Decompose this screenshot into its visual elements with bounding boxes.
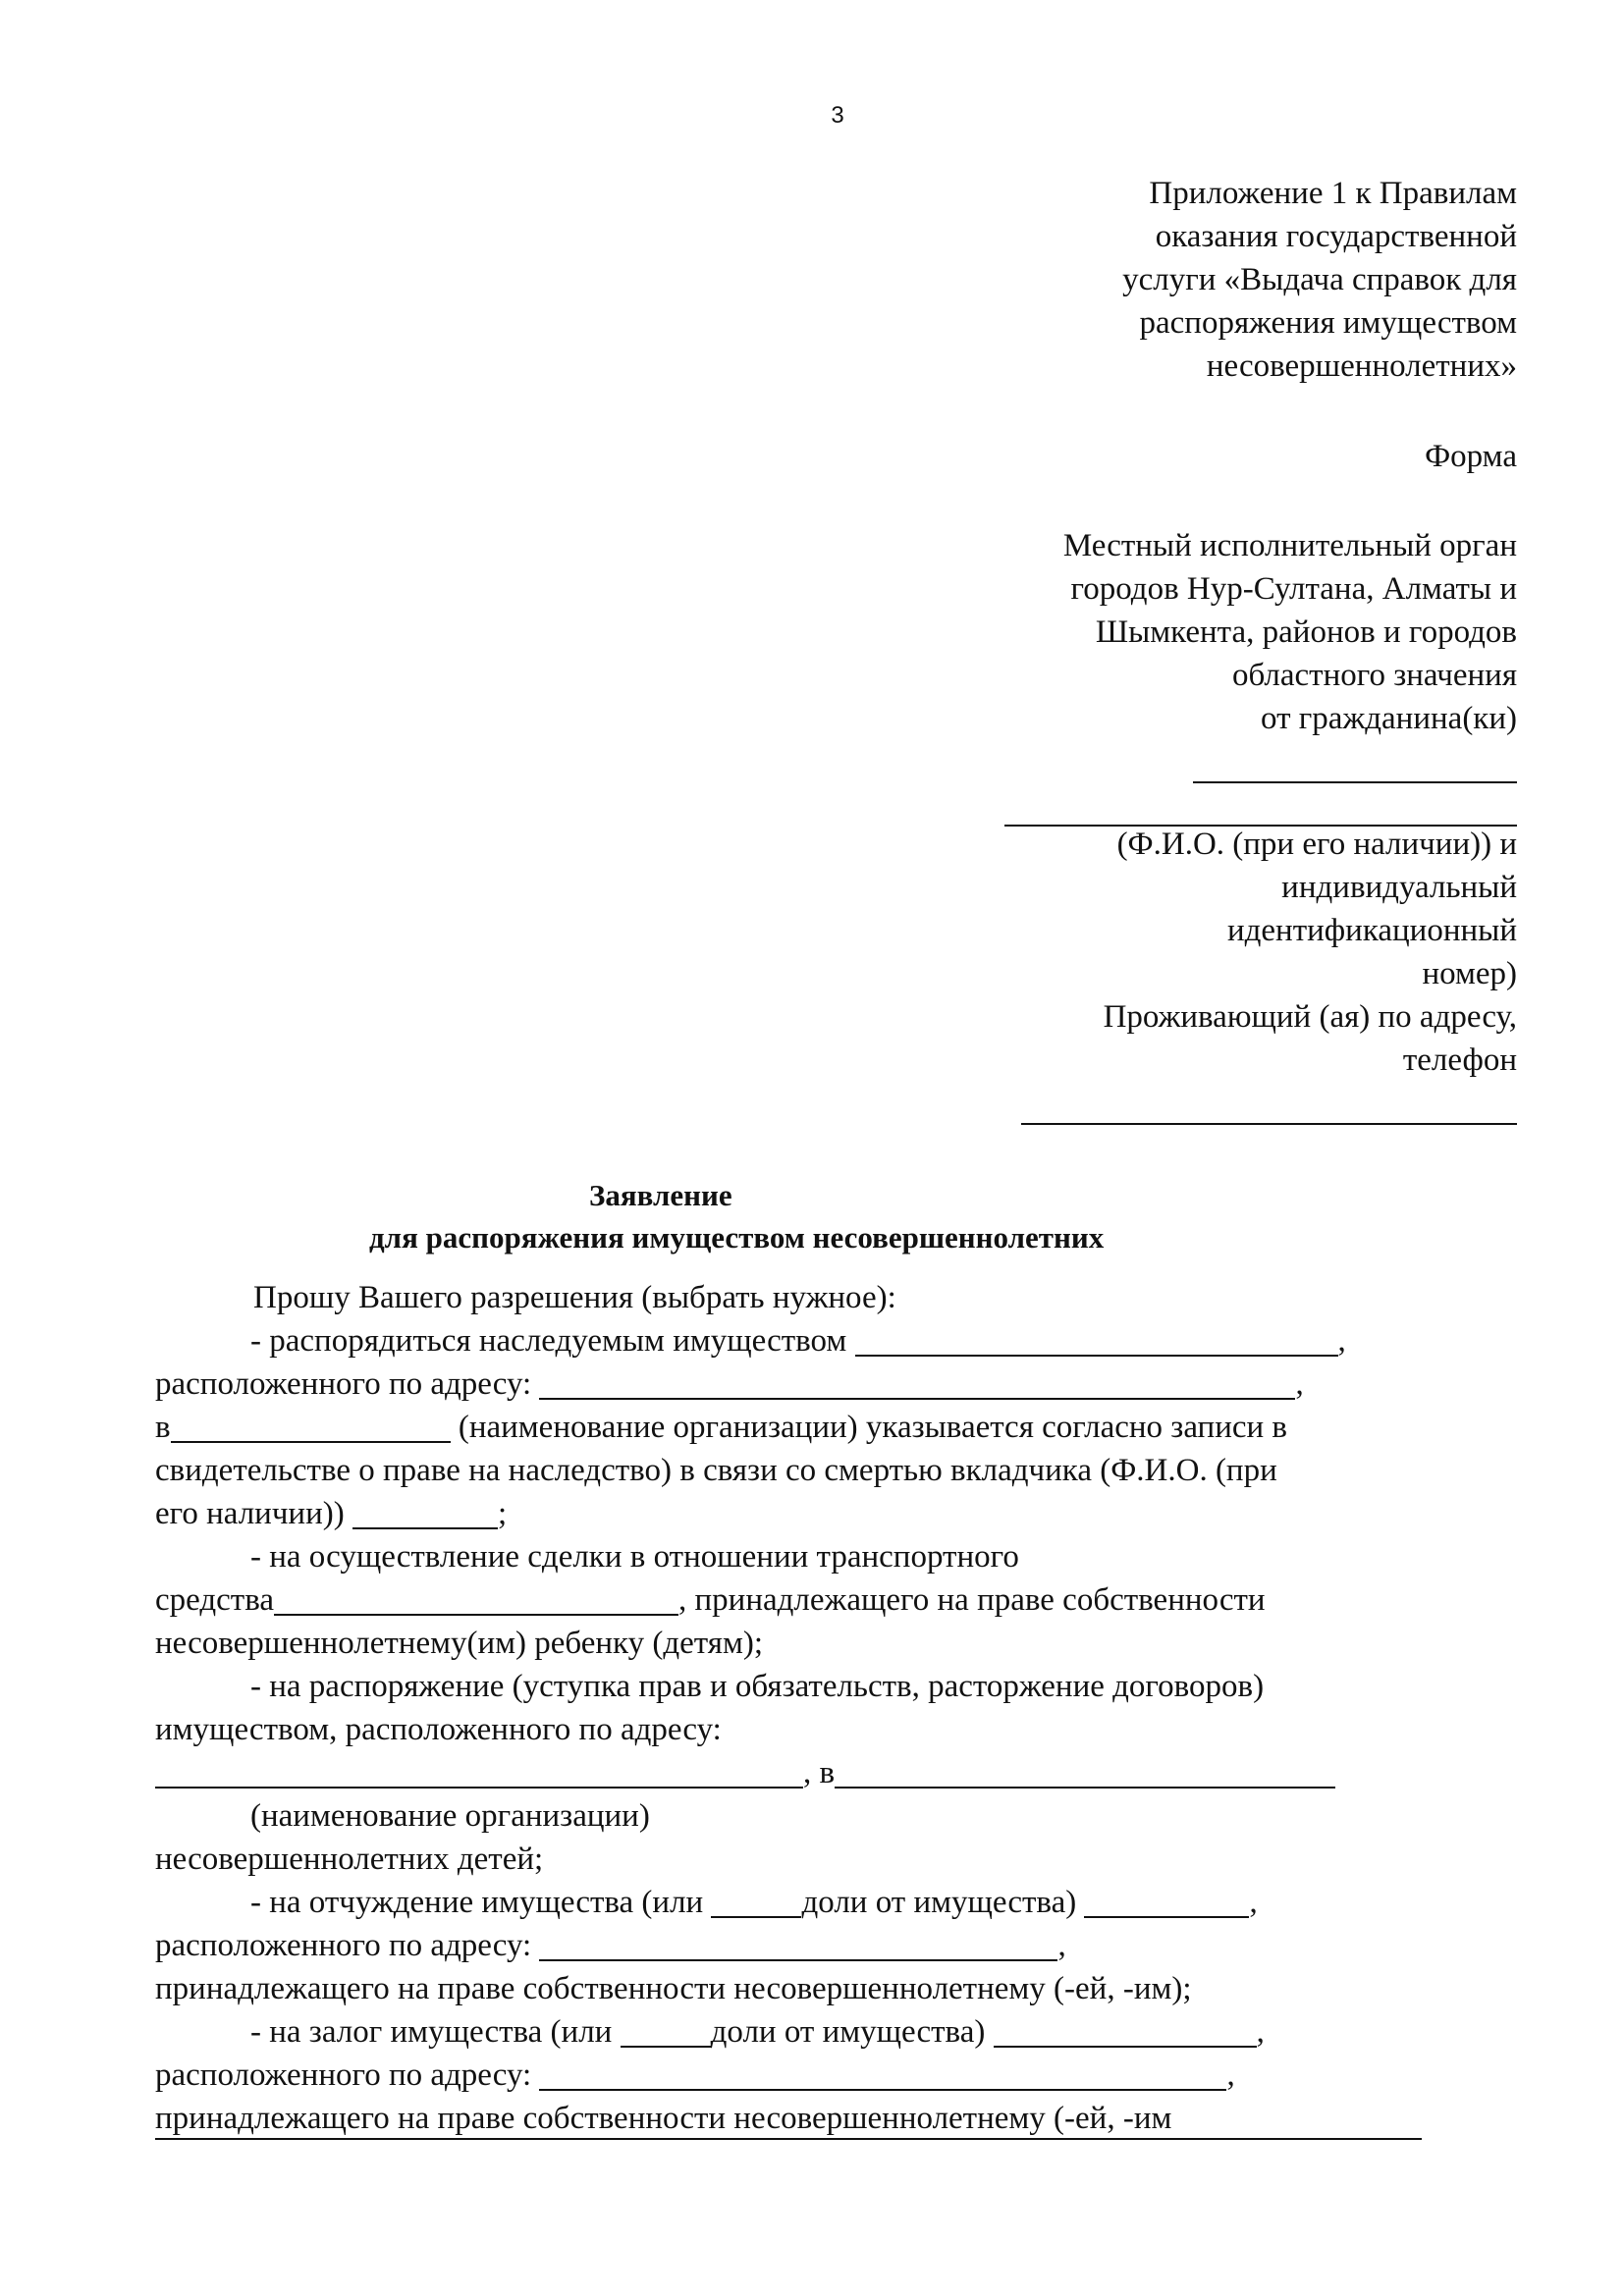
inheritance-address-field[interactable] <box>539 1368 1295 1400</box>
disposal-organization-field[interactable] <box>835 1757 1335 1789</box>
alienation-property-field[interactable] <box>1084 1887 1249 1918</box>
address-phone-field[interactable] <box>1021 1121 1517 1125</box>
name-caption-line: (Ф.И.О. (при его наличии)) и <box>1004 823 1517 866</box>
application-body: Прошу Вашего разрешения (выбрать нужное)… <box>155 1276 1471 2140</box>
annex-line: услуги «Выдача справок для <box>1122 258 1517 301</box>
vehicle-field[interactable] <box>274 1584 678 1616</box>
title-line-2: для распоряжения имуществом несовершенно… <box>369 1216 1104 1258</box>
continuation-line-field[interactable] <box>155 2138 1422 2140</box>
annex-line: несовершеннолетних» <box>1122 345 1517 388</box>
addressee-block: Местный исполнительный орган городов Нур… <box>1004 524 1517 1125</box>
option-alienation: - на отчуждение имущества (или доли от и… <box>155 1881 1471 1924</box>
addressee-line: городов Нур-Султана, Алматы и <box>1004 567 1517 611</box>
name-caption-line: идентификационный <box>1004 909 1517 952</box>
organization-field[interactable] <box>171 1412 451 1443</box>
annex-line: Приложение 1 к Правилам <box>1122 172 1517 215</box>
disposal-address-field[interactable] <box>155 1757 803 1789</box>
inherited-property-field[interactable] <box>855 1325 1338 1357</box>
option-pledge: - на залог имущества (или доли от имущес… <box>155 2010 1471 2054</box>
addressee-line: областного значения <box>1004 654 1517 697</box>
title-line-1: Заявление <box>589 1174 732 1216</box>
alienation-share-field[interactable] <box>711 1887 801 1918</box>
name-caption-line: Проживающий (ая) по адресу, <box>1004 995 1517 1039</box>
pledge-property-field[interactable] <box>994 2016 1257 2048</box>
page-number: 3 <box>828 102 847 130</box>
addressee-line: от гражданина(ки) <box>1004 697 1517 740</box>
name-caption-line: телефон <box>1004 1039 1517 1082</box>
name-caption-line: номер) <box>1004 952 1517 995</box>
annex-reference: Приложение 1 к Правилам оказания государ… <box>1122 172 1517 388</box>
addressee-line: Местный исполнительный орган <box>1004 524 1517 567</box>
depositor-name-field[interactable] <box>352 1498 498 1529</box>
option-vehicle: - на осуществление сделки в отношении тр… <box>155 1535 1471 1578</box>
option-disposal: - на распоряжение (уступка прав и обязат… <box>155 1665 1471 1708</box>
pledge-share-field[interactable] <box>621 2016 711 2048</box>
intro-text: Прошу Вашего разрешения (выбрать нужное)… <box>155 1276 1471 1319</box>
pledge-address-field[interactable] <box>539 2059 1226 2091</box>
annex-line: оказания государственной <box>1122 215 1517 258</box>
alienation-address-field[interactable] <box>539 1930 1057 1961</box>
option-inheritance: - распорядиться наследуемым имуществом , <box>155 1319 1471 1362</box>
addressee-line: Шымкента, районов и городов <box>1004 611 1517 654</box>
annex-line: распоряжения имуществом <box>1122 301 1517 345</box>
name-caption-line: индивидуальный <box>1004 866 1517 909</box>
form-label: Форма <box>1425 435 1517 478</box>
